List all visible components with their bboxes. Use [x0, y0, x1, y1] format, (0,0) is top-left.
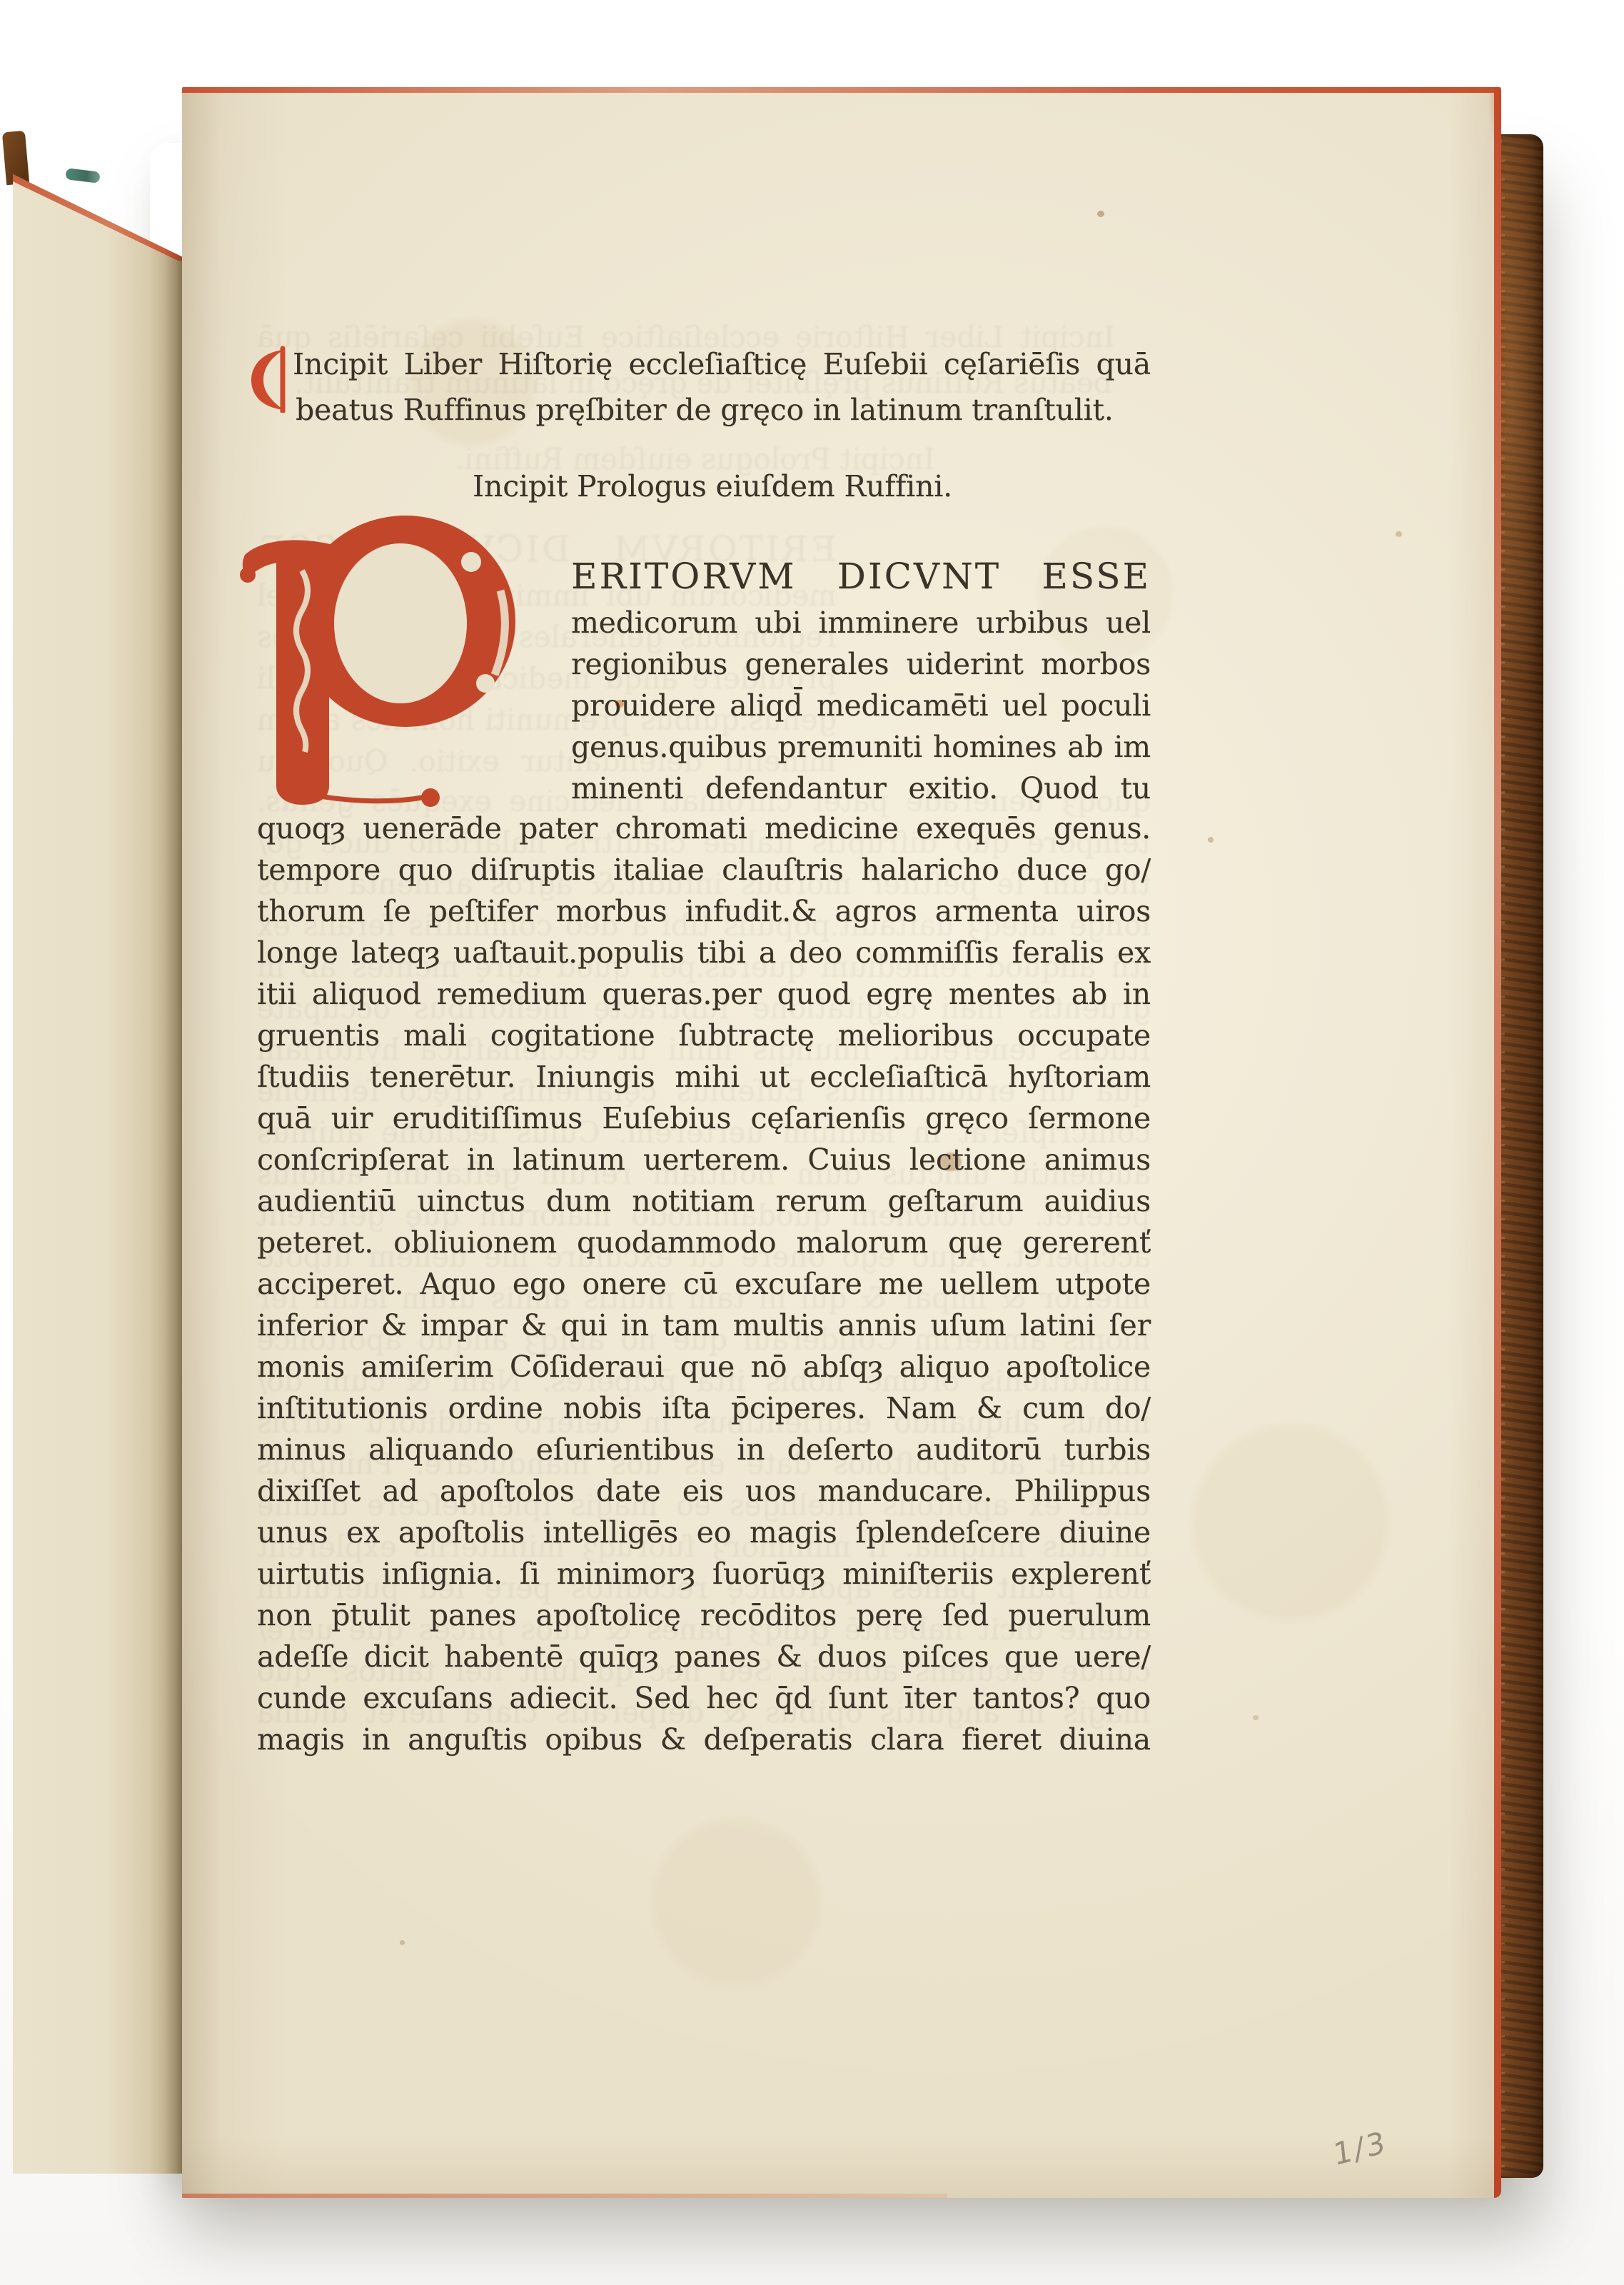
text-line: quā uir eruditiſſimus Euſebius cęſarienſ…: [257, 1098, 1151, 1139]
text-line: genus.quibus premuniti homines ab im: [571, 726, 1151, 768]
text-line: non p̄tulit panes apoſtolicę recōditos p…: [257, 1595, 1151, 1636]
photo-backdrop: Incipit Liber Hiſtorię eccleſiaſticę Euſ…: [0, 0, 1624, 2285]
text-line: minenti defendantur exitio. Quod tu: [571, 768, 1151, 809]
headband: [65, 168, 101, 184]
text-line: thorum ſe peſtifer morbus infudit.& agro…: [257, 890, 1151, 932]
text-line: itii aliquod remedium queras.per quod eg…: [257, 973, 1151, 1015]
text-line: adeſſe dicit habentē quīqȝ panes & duos …: [257, 1636, 1151, 1677]
text-line: cunde excuſans adiecit. Sed hec q̄d ſunt…: [257, 1677, 1151, 1719]
subheading-line: Incipit Prologus eiuſdem Ruffini.: [257, 466, 1151, 507]
red-top-edge: [182, 87, 1501, 93]
text-line: minus aliquando eſurientibus in deſerto …: [257, 1429, 1151, 1470]
text-line: regionibus generales uiderint morbos: [571, 643, 1151, 685]
text-line: monis amiſerim Cōſideraui que nō abſqȝ a…: [257, 1346, 1151, 1387]
heading-line: Incipit Liber Hiſtorię eccleſiaſticę Euſ…: [257, 341, 1151, 387]
text-line: acciperet. Aquo ego onere cū excuſare me…: [257, 1263, 1151, 1305]
heading-text: Incipit Liber Hiſtorię eccleſiaſticę Euſ…: [293, 347, 1151, 381]
pencil-annotation: 1/3: [1332, 2124, 1388, 2173]
text-line: peteret. obliuionem quodammodo malorum q…: [257, 1222, 1151, 1263]
foxing-spot: [1097, 211, 1104, 217]
text-line: medicorum ubi imminere urbibus uel: [571, 602, 1151, 643]
foxing-spot: [1208, 837, 1214, 843]
text-block: Incipit Liber Hiſtorię eccleſiaſticę Euſ…: [257, 341, 1151, 1760]
text-line: dixiſſet ad apoſtolos date eis uos mandu…: [257, 1470, 1151, 1512]
text-line: conſcripſerat in latinum uerterem. Cuius…: [257, 1139, 1151, 1180]
text-line: audientiū uinctus dum notitiam rerum geſ…: [257, 1180, 1151, 1222]
foxing-spot: [1396, 531, 1402, 537]
opening-caps-line: ERITORVM DICVNT ESSE: [571, 556, 1151, 597]
foxing-spot: [1253, 1715, 1259, 1720]
heading-text: beatus Ruffinus pręſbiter de gręco in la…: [296, 393, 1114, 427]
drop-cap-p-icon: [239, 511, 519, 816]
subheading-text: Incipit Prologus eiuſdem Ruffini.: [473, 469, 952, 503]
red-corner-stain: [1480, 87, 1501, 194]
previous-leaf: [13, 166, 183, 2174]
heading-line: beatus Ruffinus pręſbiter de gręco in la…: [257, 387, 1151, 433]
red-fore-edge: [1494, 87, 1501, 2198]
text-line: uirtutis inſignia. ſi minimorȝ ſuorūqȝ m…: [257, 1553, 1151, 1595]
text-line: inferior & impar & qui in tam multis ann…: [257, 1305, 1151, 1346]
text-line: prouidere aliqd̄ medicamēti uel poculi: [571, 685, 1151, 726]
foxing-spot: [400, 1940, 405, 1945]
text-line: inſtitutionis ordine nobis iſta p̄cipere…: [257, 1387, 1151, 1429]
text-line: longe lateqȝ uaſtauit.populis tibi a deo…: [257, 932, 1151, 973]
red-bottom-edge: [182, 2194, 947, 2198]
text-line: tempore quo diſruptis italiae clauſtris …: [257, 849, 1151, 890]
text-line: gruentis mali cogitatione ſubtractę meli…: [257, 1015, 1151, 1056]
text-line: ſtudiis tenerētur. Iniungis mihi ut eccl…: [257, 1056, 1151, 1098]
text-line: magis in anguſtis opibus & deſperatis cl…: [257, 1719, 1151, 1760]
main-page: Incipit Liber Hiſtorię eccleſiaſticę Euſ…: [182, 87, 1501, 2198]
text-line: unus ex apoſtolis intelligēs eo magis ſp…: [257, 1512, 1151, 1553]
